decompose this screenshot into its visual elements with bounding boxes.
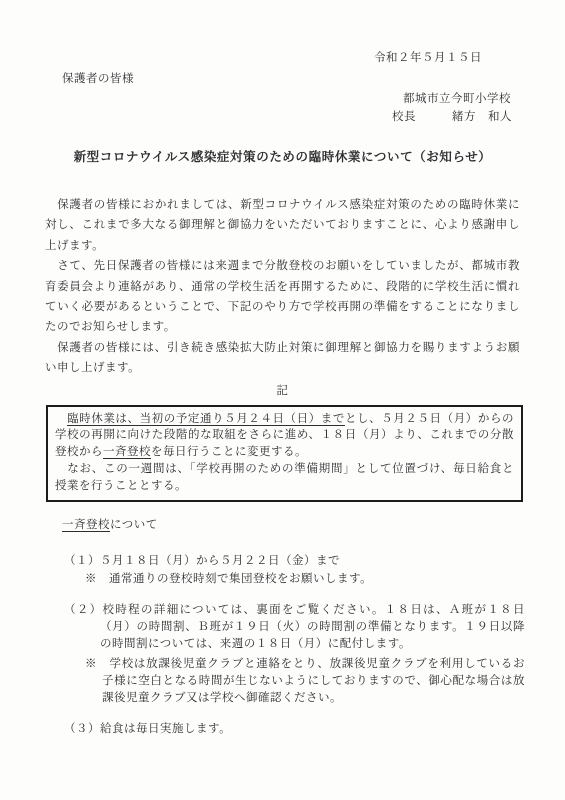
notice-box: 臨時休業は、当初の予定通り５月２４日（日）までとし、５月２５日（月）からの学校の…	[46, 405, 523, 502]
principal-name: 校長 緒方 和人	[392, 109, 565, 125]
document-page: 令和２年５月１５日 保護者の皆様 都城市立今町小学校 校長 緒方 和人 新型コロ…	[0, 0, 565, 800]
note-2-text: 学校は放課後児童クラブと連絡をとり、放課後児童クラブを利用しているお子様に空白と…	[97, 658, 525, 704]
list-item-1: （１）５月１８日（月）から５月２２日（金）まで	[64, 553, 525, 570]
note-1-text: 通常通りの登校時刻で集団登校をお願いします。	[97, 573, 372, 585]
list-item-1-text: ５月１８日（月）から５月２２日（金）まで	[100, 555, 340, 567]
list-item-2-note: ※ 学校は放課後児童クラブと連絡をとり、放課後児童クラブを利用しているお子様に空…	[85, 656, 525, 708]
notice-paragraph-1: 臨時休業は、当初の予定通り５月２４日（日）までとし、５月２５日（月）からの学校の…	[55, 411, 514, 461]
section-heading-suffix: について	[110, 519, 158, 531]
paragraph-request: 保護者の皆様には、引き続き感染拡大防止対策に御理解と御協力を賜りますようお願い申…	[45, 338, 520, 379]
paragraph-announcement: さて、先日保護者の皆様には来週まで分散登校のお願いをしていましたが、都城市教育委…	[45, 256, 520, 338]
notice-indent	[55, 413, 67, 425]
list-item-3: （３）給食は毎日実施します。	[64, 721, 525, 738]
notice-end-text: を毎日行うことに変更する。	[151, 446, 307, 458]
recipient: 保護者の皆様	[62, 71, 565, 87]
section-heading: 一斉登校について	[62, 517, 565, 533]
note-1-marker: ※	[85, 573, 97, 585]
document-date: 令和２年５月１５日	[374, 0, 565, 66]
list-item-1-note: ※ 通常通りの登校時刻で集団登校をお願いします。	[85, 571, 525, 588]
list-item-2-label: （２）	[64, 604, 103, 616]
item-list: （１）５月１８日（月）から５月２２日（金）まで ※ 通常通りの登校時刻で集団登校…	[64, 553, 525, 739]
list-item-1-label: （１）	[64, 555, 100, 567]
list-item-2-text: 校時程の詳細については、裏面をご覧ください。１８日は、Ａ班が１８日（月）の時間割…	[100, 604, 525, 650]
underlined-simultaneous-attendance: 一斉登校	[103, 446, 151, 458]
underlined-closure-period: 臨時休業は、当初の予定通り５月２４日（日）まで	[67, 413, 345, 425]
list-item-3-label: （３）	[64, 723, 100, 735]
record-marker: 記	[0, 382, 565, 400]
section-heading-underlined: 一斉登校	[62, 519, 110, 531]
school-name: 都城市立今町小学校	[403, 91, 565, 107]
list-item-3-text: 給食は毎日実施します。	[100, 723, 231, 735]
paragraph-greeting: 保護者の皆様におかれましては、新型コロナウイルス感染症対策のための臨時休業に対し…	[45, 195, 520, 256]
list-item-2: （２）校時程の詳細については、裏面をご覧ください。１８日は、Ａ班が１８日（月）の…	[64, 602, 525, 654]
note-2-marker: ※	[85, 658, 97, 670]
notice-paragraph-2: なお、この一週間は、「学校再開のための準備期間」として位置づけ、毎日給食と授業を…	[55, 461, 514, 495]
body-paragraphs: 保護者の皆様におかれましては、新型コロナウイルス感染症対策のための臨時休業に対し…	[45, 195, 520, 379]
document-title: 新型コロナウイルス感染症対策のための臨時休業について（お知らせ）	[45, 149, 520, 166]
